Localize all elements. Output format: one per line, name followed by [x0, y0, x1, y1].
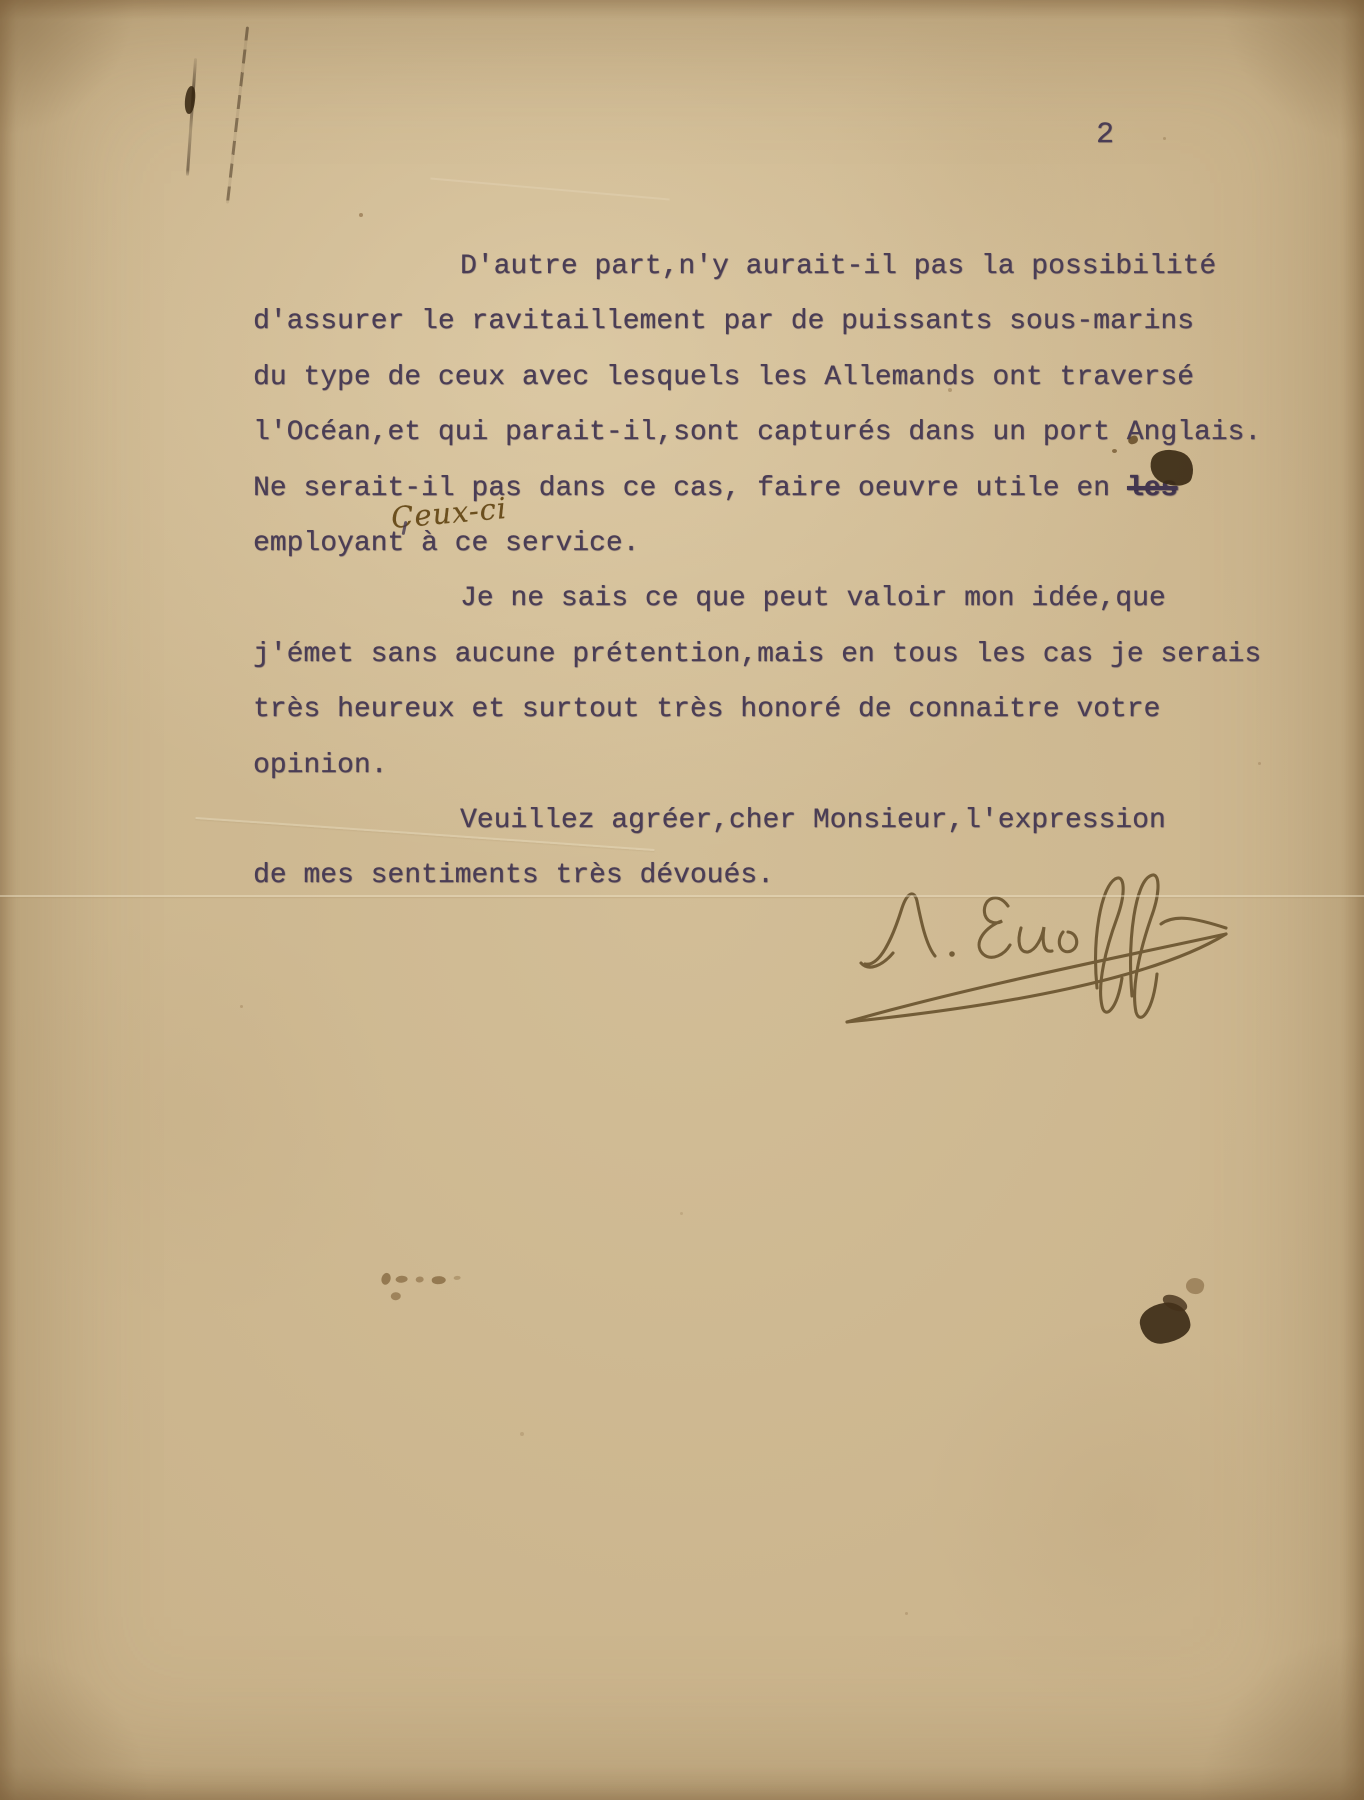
pencil-stroke-mark — [226, 26, 249, 203]
typed-line: très heureux et surtout très honoré de c… — [253, 682, 1283, 737]
foxing-speck — [1258, 762, 1261, 765]
paper-crease — [430, 178, 669, 200]
foxing-speck — [680, 1212, 683, 1215]
typed-line: l'Océan,et qui parait-il,sont capturés d… — [253, 405, 1283, 460]
ink-speck — [1112, 449, 1117, 453]
foxing-speck — [520, 1432, 524, 1436]
foxing-speck — [359, 213, 363, 217]
foxing-speck — [948, 388, 952, 392]
typed-line: opinion. — [253, 738, 1283, 793]
typed-line: j'émet sans aucune prétention,mais en to… — [253, 627, 1283, 682]
signature-autograph — [835, 866, 1235, 1041]
page-number: 2 — [1070, 118, 1140, 152]
typed-line: du type de ceux avec lesquels les Allema… — [253, 350, 1283, 405]
ink-speck — [183, 85, 196, 114]
letter-body: D'autre part,n'y aurait-il pas la possib… — [253, 239, 1283, 904]
paper-crease — [0, 895, 1364, 897]
foxing-speck — [240, 1005, 243, 1008]
scanned-letter-page: 2 D'autre part,n'y aurait-il pas la poss… — [0, 0, 1364, 1800]
ink-speck — [1185, 1276, 1206, 1295]
foxing-speck — [1163, 137, 1166, 140]
typed-line: D'autre part,n'y aurait-il pas la possib… — [253, 239, 1283, 294]
smudge-mark — [381, 1263, 473, 1305]
typed-line: Veuillez agréer,cher Monsieur,l'expressi… — [253, 793, 1283, 848]
typed-line: Je ne sais ce que peut valoir mon idée,q… — [253, 571, 1283, 626]
typed-line: d'assurer le ravitaillement par de puiss… — [253, 294, 1283, 349]
pencil-stroke-mark — [186, 58, 197, 176]
foxing-speck — [905, 1612, 908, 1615]
